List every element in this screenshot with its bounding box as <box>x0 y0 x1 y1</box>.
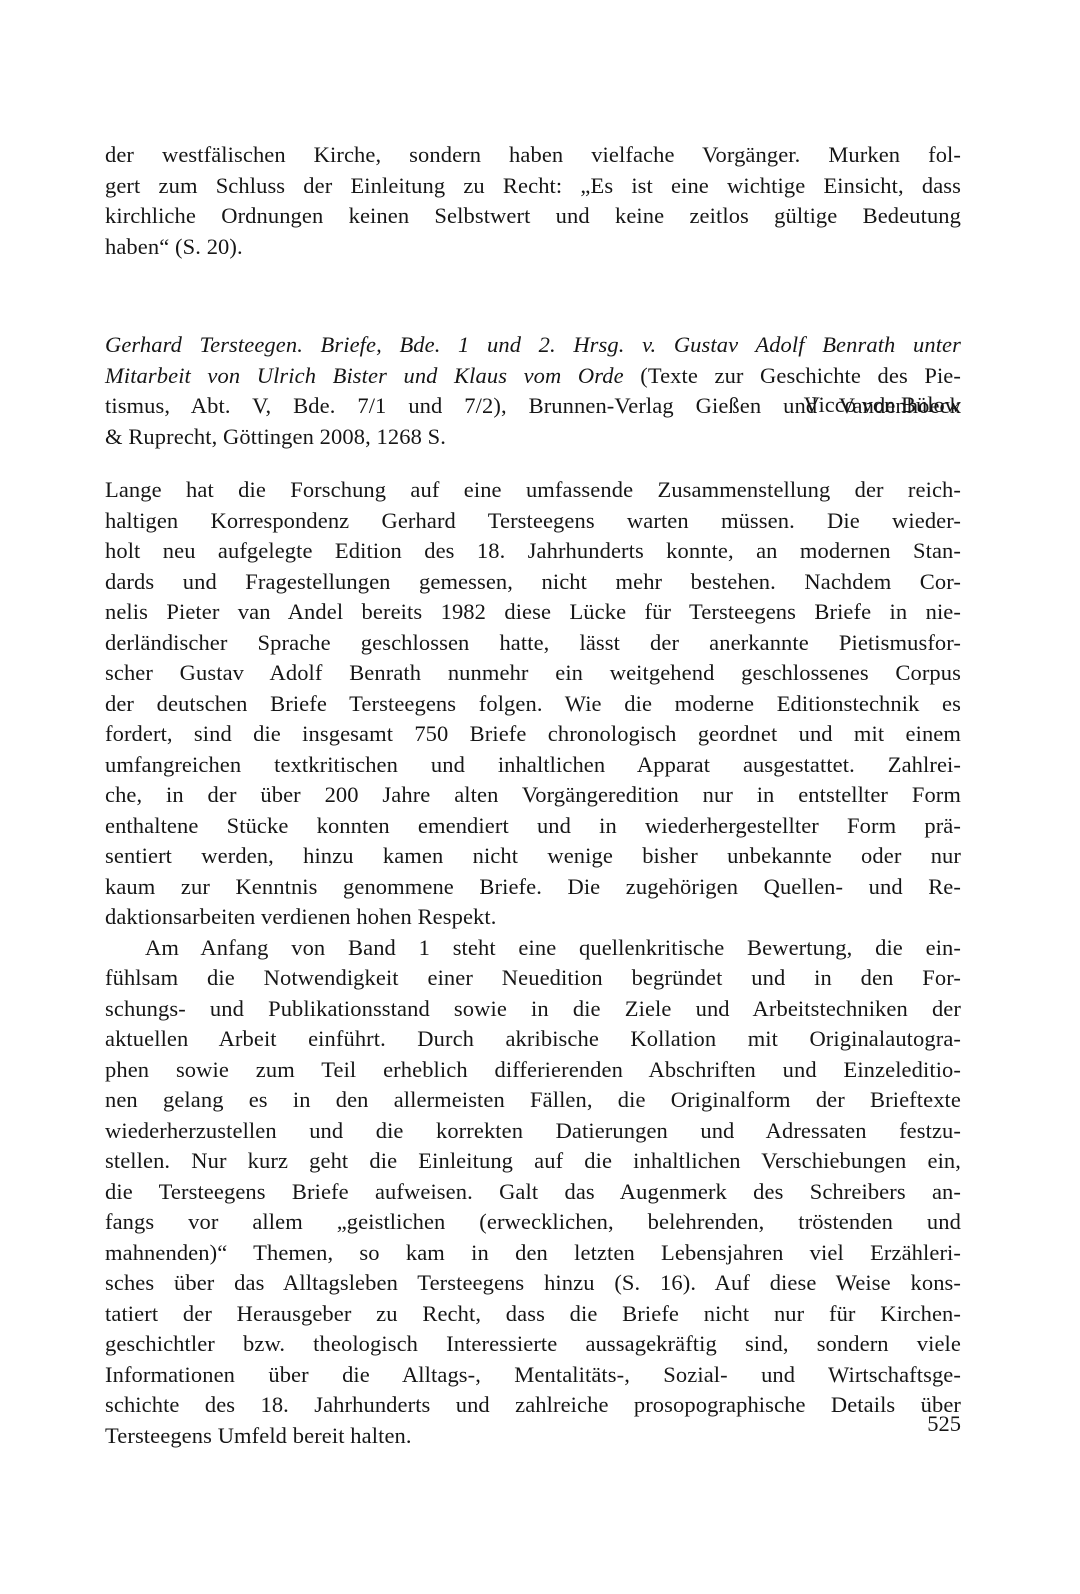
text-line: fühlsam die Notwendigkeit einer Neuediti… <box>105 963 961 994</box>
paragraph: Lange hat die Forschung auf eine umfasse… <box>105 475 961 933</box>
text-line: che, in der über 200 Jahre alten Vorgäng… <box>105 780 961 811</box>
text-line: haltigen Korrespondenz Gerhard Tersteege… <box>105 506 961 537</box>
review-body: Lange hat die Forschung auf eine umfasse… <box>105 475 961 1451</box>
book-citation: Gerhard Tersteegen. Briefe, Bde. 1 und 2… <box>105 330 961 452</box>
citation-line: & Ruprecht, Göttingen 2008, 1268 S. <box>105 422 961 453</box>
text-line: kaum zur Kenntnis genommene Briefe. Die … <box>105 872 961 903</box>
text-line: nelis Pieter van Andel bereits 1982 dies… <box>105 597 961 628</box>
text-line: schichte des 18. Jahrhunderts und zahlre… <box>105 1390 961 1421</box>
citation-title: Mitarbeit von Ulrich Bister und Klaus vo… <box>105 363 624 388</box>
text-line: wiederherzustellen und die korrekten Dat… <box>105 1116 961 1147</box>
text-line: Lange hat die Forschung auf eine umfasse… <box>105 475 961 506</box>
text-line: derländischer Sprache geschlossen hatte,… <box>105 628 961 659</box>
text-line: sentiert werden, hinzu kamen nicht wenig… <box>105 841 961 872</box>
text-line: die Tersteegens Briefe aufweisen. Galt d… <box>105 1177 961 1208</box>
text-line: aktuellen Arbeit einführt. Durch akribis… <box>105 1024 961 1055</box>
text-line: der deutschen Briefe Tersteegens folgen.… <box>105 689 961 720</box>
text-line: stellen. Nur kurz geht die Einleitung au… <box>105 1146 961 1177</box>
text-line: geschichtler bzw. theologisch Interessie… <box>105 1329 961 1360</box>
citation-title: Gerhard Tersteegen. Briefe, Bde. 1 und 2… <box>105 332 961 357</box>
text-line: enthaltene Stücke konnten emendiert und … <box>105 811 961 842</box>
text-line: sches über das Alltagsleben Tersteegens … <box>105 1268 961 1299</box>
paragraph: Am Anfang von Band 1 steht eine quellenk… <box>105 933 961 1452</box>
text-line: fangs vor allem „geistlichen (erwecklich… <box>105 1207 961 1238</box>
text-line: der westfälischen Kirche, sondern haben … <box>105 140 961 171</box>
citation-line: tismus, Abt. V, Bde. 7/1 und 7/2), Brunn… <box>105 391 961 422</box>
previous-review-ending: der westfälischen Kirche, sondern haben … <box>105 140 961 262</box>
text-line: schungs- und Publikationsstand sowie in … <box>105 994 961 1025</box>
text-line: scher Gustav Adolf Benrath nunmehr ein w… <box>105 658 961 689</box>
text-line: dards und Fragestellungen gemessen, nich… <box>105 567 961 598</box>
text-line: fordert, sind die insgesamt 750 Briefe c… <box>105 719 961 750</box>
citation-line: Gerhard Tersteegen. Briefe, Bde. 1 und 2… <box>105 330 961 361</box>
citation-details: tismus, Abt. V, Bde. 7/1 und 7/2), Brunn… <box>105 393 961 418</box>
text-line: Am Anfang von Band 1 steht eine quellenk… <box>105 933 961 964</box>
text-line: phen sowie zum Teil erheblich differiere… <box>105 1055 961 1086</box>
text-line: gert zum Schluss der Einleitung zu Recht… <box>105 171 961 202</box>
text-line: mahnenden)“ Themen, so kam in den letzte… <box>105 1238 961 1269</box>
text-line: tatiert der Herausgeber zu Recht, dass d… <box>105 1299 961 1330</box>
text-line: umfangreichen textkritischen und inhaltl… <box>105 750 961 781</box>
text-line: daktionsarbeiten verdienen hohen Respekt… <box>105 902 961 933</box>
text-line: kirchliche Ordnungen keinen Selbstwert u… <box>105 201 961 232</box>
text-line: Tersteegens Umfeld bereit halten. <box>105 1421 961 1452</box>
text-line: haben“ (S. 20). <box>105 232 961 263</box>
citation-details: (Texte zur Geschichte des Pie- <box>624 363 961 388</box>
text-line: nen gelang es in den allermeisten Fällen… <box>105 1085 961 1116</box>
citation-line: Mitarbeit von Ulrich Bister und Klaus vo… <box>105 361 961 392</box>
citation-details: & Ruprecht, Göttingen 2008, 1268 S. <box>105 424 446 449</box>
page-number: 525 <box>927 1409 961 1440</box>
text-line: holt neu aufgelegte Edition des 18. Jahr… <box>105 536 961 567</box>
text-line: Informationen über die Alltags-, Mentali… <box>105 1360 961 1391</box>
